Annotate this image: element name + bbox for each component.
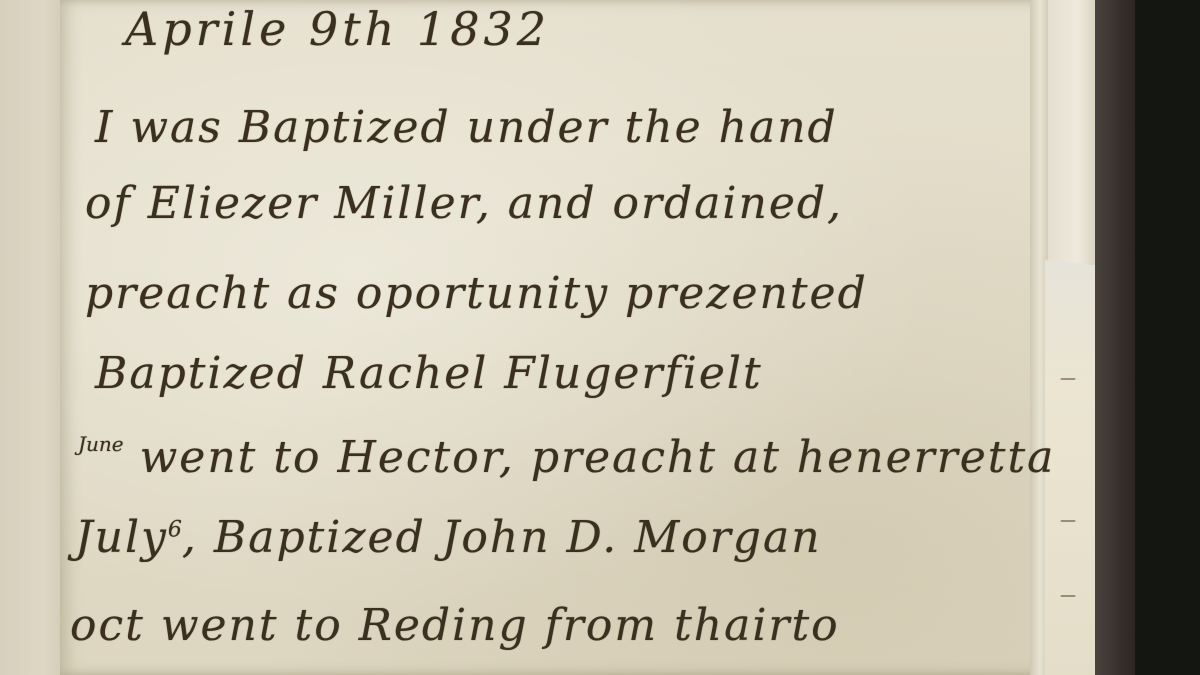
journal-line-text: went to Reding from thairto	[161, 600, 840, 651]
journal-line: June went to Hector, preacht at henerret…	[78, 432, 1055, 483]
book-cover	[1135, 0, 1200, 675]
journal-line-text: Baptized John D. Morgan	[214, 512, 822, 563]
edge-mark: —	[1060, 585, 1076, 604]
day-superscript: 6	[168, 517, 182, 542]
margin-month: oct	[70, 600, 145, 651]
edge-mark: —	[1060, 368, 1076, 387]
margin-month: June	[78, 432, 124, 456]
journal-line-text: went to Hector, preacht at henerretta	[140, 432, 1056, 483]
journal-line: preacht as oportunity prezented	[85, 268, 868, 319]
journal-line: Baptized Rachel Flugerfielt	[95, 348, 763, 399]
journal-line: oct went to Reding from thairto	[70, 600, 840, 651]
edge-mark: —	[1060, 510, 1076, 529]
journal-line: of Eliezer Miller, and ordained,	[85, 178, 843, 229]
journal-line: July6, Baptized John D. Morgan	[75, 512, 822, 563]
journal-date-line: Aprile 9th 1832	[125, 2, 550, 56]
margin-month: July	[75, 512, 168, 563]
book-cover-edge	[1095, 0, 1137, 675]
journal-line: I was Baptized under the hand	[95, 102, 838, 153]
